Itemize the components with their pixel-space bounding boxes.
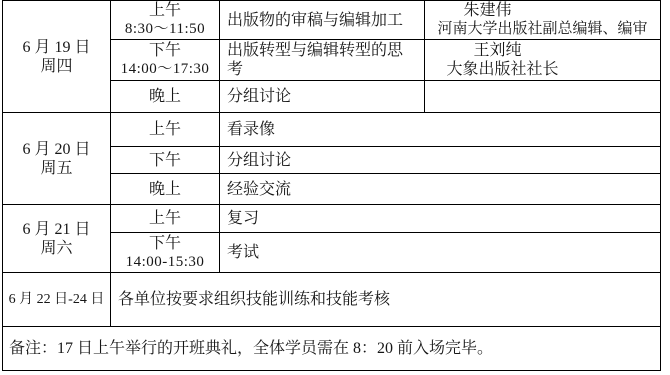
period-label: 下午 [111,151,219,170]
activity-cell: 复习 [220,205,661,233]
activity-label: 分组讨论 [227,88,291,105]
time-range-label: 14:00-15:30 [111,253,219,272]
period-label: 上午 [111,120,219,139]
date-label: 6 月 19 日 [3,38,110,57]
period-label: 下午 [111,41,219,60]
period-cell: 上午 8:30～11:50 [111,1,220,40]
period-label: 上午 [111,1,219,20]
instructor-name: 朱建伟 [425,1,660,20]
activity-cell: 分组讨论 [220,81,425,113]
instructor-title: 河南大学出版社副总编辑、编审 [425,20,660,39]
instructor-cell: 朱建伟 河南大学出版社副总编辑、编审 [425,1,661,40]
period-cell: 上午 [111,205,220,233]
activity-label: 分组讨论 [227,152,291,169]
date-label: 6 月 21 日 [3,220,110,239]
time-range-label: 14:00～17:30 [111,60,219,79]
period-cell: 下午 14:00～17:30 [111,40,220,81]
activity-cell: 看录像 [220,113,661,147]
schedule-table: 6 月 19 日 周四 上午 8:30～11:50 出版物的审稿与编辑加工 朱建… [2,0,661,371]
date-cell-jun22-24: 6 月 22 日-24 日 [3,273,111,327]
date-label: 6 月 22 日-24 日 [9,292,105,307]
activity-label: 出版转型与编辑转型的思考 [227,42,403,78]
activity-cell: 分组讨论 [220,147,661,174]
date-cell-jun20: 6 月 20 日 周五 [3,113,111,205]
instructor-cell: 王刘纯 大象出版社社长 [425,40,661,81]
note-text: 备注：17 日上午举行的开班典礼，全体学员需在 8：20 前入场完毕。 [9,340,493,357]
instructor-cell-empty [425,81,661,113]
activity-label: 出版物的审稿与编辑加工 [227,12,403,29]
period-label: 晚上 [111,180,219,199]
activity-label: 考试 [227,244,259,261]
activity-label: 复习 [227,210,259,227]
time-range-label: 8:30～11:50 [111,20,219,39]
activity-cell: 各单位按要求组织技能训练和技能考核 [111,273,661,327]
weekday-label: 周五 [3,159,110,178]
activity-cell: 经验交流 [220,174,661,205]
instructor-name: 王刘纯 [425,41,660,60]
period-cell: 下午 [111,147,220,174]
instructor-title: 大象出版社社长 [425,60,660,79]
date-label: 6 月 20 日 [3,140,110,159]
activity-cell: 出版物的审稿与编辑加工 [220,1,425,40]
weekday-label: 周六 [3,239,110,258]
period-cell: 上午 [111,113,220,147]
weekday-label: 周四 [3,57,110,76]
period-label: 下午 [111,234,219,253]
date-cell-jun19: 6 月 19 日 周四 [3,1,111,113]
activity-cell: 考试 [220,233,661,273]
activity-label: 经验交流 [227,181,291,198]
period-label: 上午 [111,209,219,228]
period-cell: 下午 14:00-15:30 [111,233,220,273]
period-label: 晚上 [111,87,219,106]
activity-label: 看录像 [227,121,275,138]
note-cell: 备注：17 日上午举行的开班典礼，全体学员需在 8：20 前入场完毕。 [3,327,661,371]
date-cell-jun21: 6 月 21 日 周六 [3,205,111,273]
activity-cell: 出版转型与编辑转型的思考 [220,40,425,81]
period-cell: 晚上 [111,81,220,113]
period-cell: 晚上 [111,174,220,205]
activity-label: 各单位按要求组织技能训练和技能考核 [118,291,390,308]
